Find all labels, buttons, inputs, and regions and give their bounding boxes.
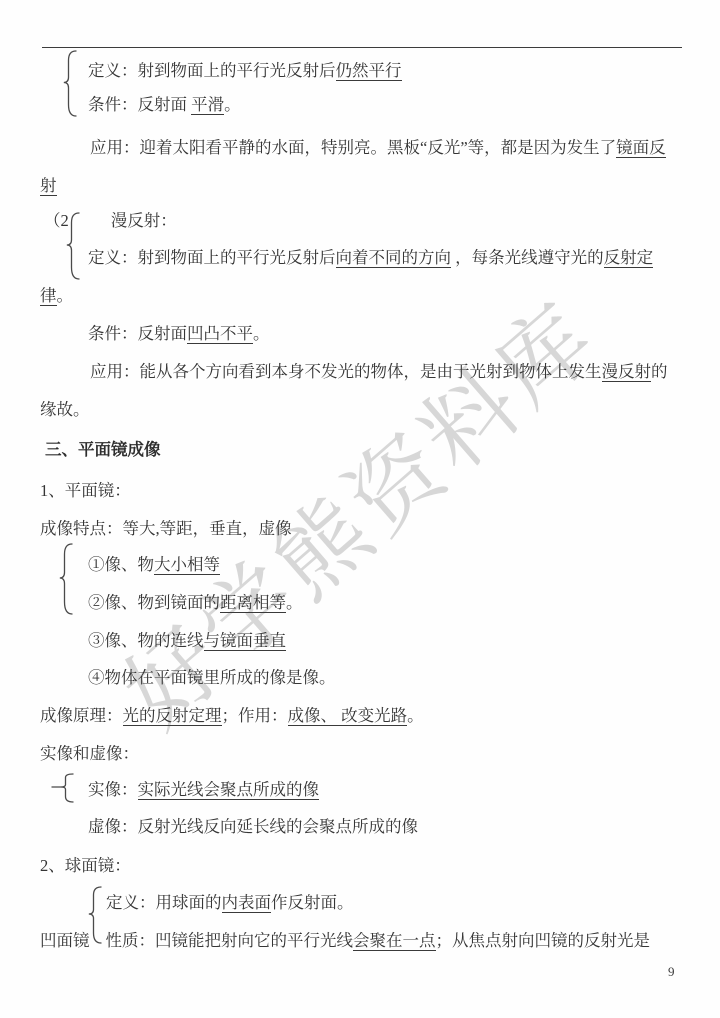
text-run: ；从焦点射向凹镜的反射光是 <box>436 931 651 950</box>
text-run: ；作用： <box>222 706 288 725</box>
underlined-run: 向着不同的方向 <box>336 248 452 268</box>
underlined-run: 仍然平行 <box>336 61 402 81</box>
text-run: 性质：凹镜能把射向它的平行光线 <box>106 931 354 950</box>
text-run: 应用：能从各个方向看到本身不发光的物体，是由于光射到物体上发生 <box>90 362 602 381</box>
text-run: 条件：反射面 <box>88 95 191 114</box>
text-line: 成像特点：等大,等距，垂直，虚像 <box>40 518 292 540</box>
text-line: ④物体在平面镜里所成的像是像。 <box>88 667 336 689</box>
underlined-run: 会聚在一点 <box>353 931 436 951</box>
text-line: 实像：实际光线会聚点所成的像 <box>88 779 319 801</box>
text-line: 应用：能从各个方向看到本身不发光的物体，是由于光射到物体上发生漫反射的 <box>90 361 668 383</box>
document-page: 好学熊资料库 9 定义：射到物面上的平行光反射后仍然平行条件：反射面 平滑。应用… <box>0 0 720 1018</box>
horizontal-rule <box>42 47 682 48</box>
underlined-run: 漫反射 <box>602 362 652 382</box>
text-run: ③像、物的连线 <box>88 631 204 650</box>
text-line: ②像、物到镜面的距离相等。 <box>88 592 303 614</box>
curly-brace <box>63 50 87 117</box>
text-run: 凹面镜 <box>40 931 90 950</box>
text-line: 条件：反射面凹凸不平。 <box>88 323 270 345</box>
text-run: 。 <box>253 324 270 343</box>
underlined-run: 镜面反 <box>616 138 666 158</box>
page-number: 9 <box>668 964 675 980</box>
text-run: 应用：迎着太阳看平静的水面，特别亮。黑板“反光”等，都是因为发生了 <box>90 138 616 157</box>
underlined-run: 光的反射定理 <box>123 706 222 726</box>
text-line: 1、平面镜： <box>40 480 131 502</box>
text-run: 成像原理： <box>40 706 123 725</box>
text-line: 2、球面镜： <box>40 855 131 877</box>
text-run: 虚像：反射光线反向延长线的会聚点所成的像 <box>88 817 418 836</box>
underlined-run: 反射定 <box>604 248 654 268</box>
underlined-run: 射 <box>40 176 57 196</box>
text-line: 定义：射到物面上的平行光反射后向着不同的方向 ，每条光线遵守光的反射定 <box>88 247 653 269</box>
text-run: 定义：射到物面上的平行光反射后 <box>88 61 336 80</box>
text-line: ③像、物的连线与镜面垂直 <box>88 630 286 652</box>
text-line: 条件：反射面 平滑。 <box>88 94 241 116</box>
text-run: 2、球面镜： <box>40 856 131 875</box>
text-run: 条件：反射面 <box>88 324 187 343</box>
text-line: 定义：用球面的内表面作反射面。 <box>106 892 354 914</box>
section-heading: 三、平面镜成像 <box>45 439 161 461</box>
text-line: 律。 <box>40 285 73 307</box>
text-run: ①像、物 <box>88 555 154 574</box>
text-line: ①像、物大小相等 <box>88 554 220 576</box>
underlined-run: 实际光线会聚点所成的像 <box>138 780 320 800</box>
text-line: 虚像：反射光线反向延长线的会聚点所成的像 <box>88 816 418 838</box>
text-run: （2 <box>44 211 69 230</box>
text-run: 1、平面镜： <box>40 481 131 500</box>
text-run: 作反射面。 <box>271 893 354 912</box>
text-line: （2漫反射： <box>44 210 177 232</box>
text-run: 。 <box>407 706 424 725</box>
curly-brace <box>59 543 83 615</box>
text-run: 缘故。 <box>40 400 90 419</box>
text-line: 缘故。 <box>40 399 90 421</box>
text-line: 应用：迎着太阳看平静的水面，特别亮。黑板“反光”等，都是因为发生了镜面反 <box>90 137 666 159</box>
underlined-run: 成像、 改变光路 <box>288 706 408 726</box>
text-run: 三、平面镜成像 <box>45 441 161 459</box>
underlined-run: 凹凸不平 <box>187 324 253 344</box>
underlined-run: 内表面 <box>222 893 272 913</box>
text-run: 定义：射到物面上的平行光反射后 <box>88 248 336 267</box>
text-run: 实像和虚像： <box>40 744 139 763</box>
text-run: 漫反射： <box>111 211 177 230</box>
underlined-run: 与镜面垂直 <box>204 631 287 651</box>
text-run: 成像特点：等大,等距，垂直，虚像 <box>40 519 292 538</box>
curly-brace <box>52 773 84 803</box>
text-run: 。 <box>57 286 74 305</box>
text-line: 成像原理：光的反射定理；作用：成像、 改变光路。 <box>40 705 424 727</box>
text-run: 的 <box>651 362 668 381</box>
text-run: 。 <box>286 593 303 612</box>
underlined-run: 平滑 <box>191 95 224 115</box>
text-line: 实像和虚像： <box>40 743 139 765</box>
text-line: 定义：射到物面上的平行光反射后仍然平行 <box>88 60 402 82</box>
underlined-run: 律 <box>40 286 57 306</box>
text-run: ，每条光线遵守光的 <box>451 248 604 267</box>
underlined-run: 大小相等 <box>154 555 220 575</box>
text-line: 凹面镜性质：凹镜能把射向它的平行光线会聚在一点；从焦点射向凹镜的反射光是 <box>40 930 650 952</box>
text-run: 。 <box>224 95 241 114</box>
text-run: ②像、物到镜面的 <box>88 593 220 612</box>
text-run: 定义：用球面的 <box>106 893 222 912</box>
text-run: ④物体在平面镜里所成的像是像。 <box>88 668 336 687</box>
text-line: 射 <box>40 175 57 197</box>
text-run: 实像： <box>88 780 138 799</box>
underlined-run: 距离相等 <box>220 593 286 613</box>
